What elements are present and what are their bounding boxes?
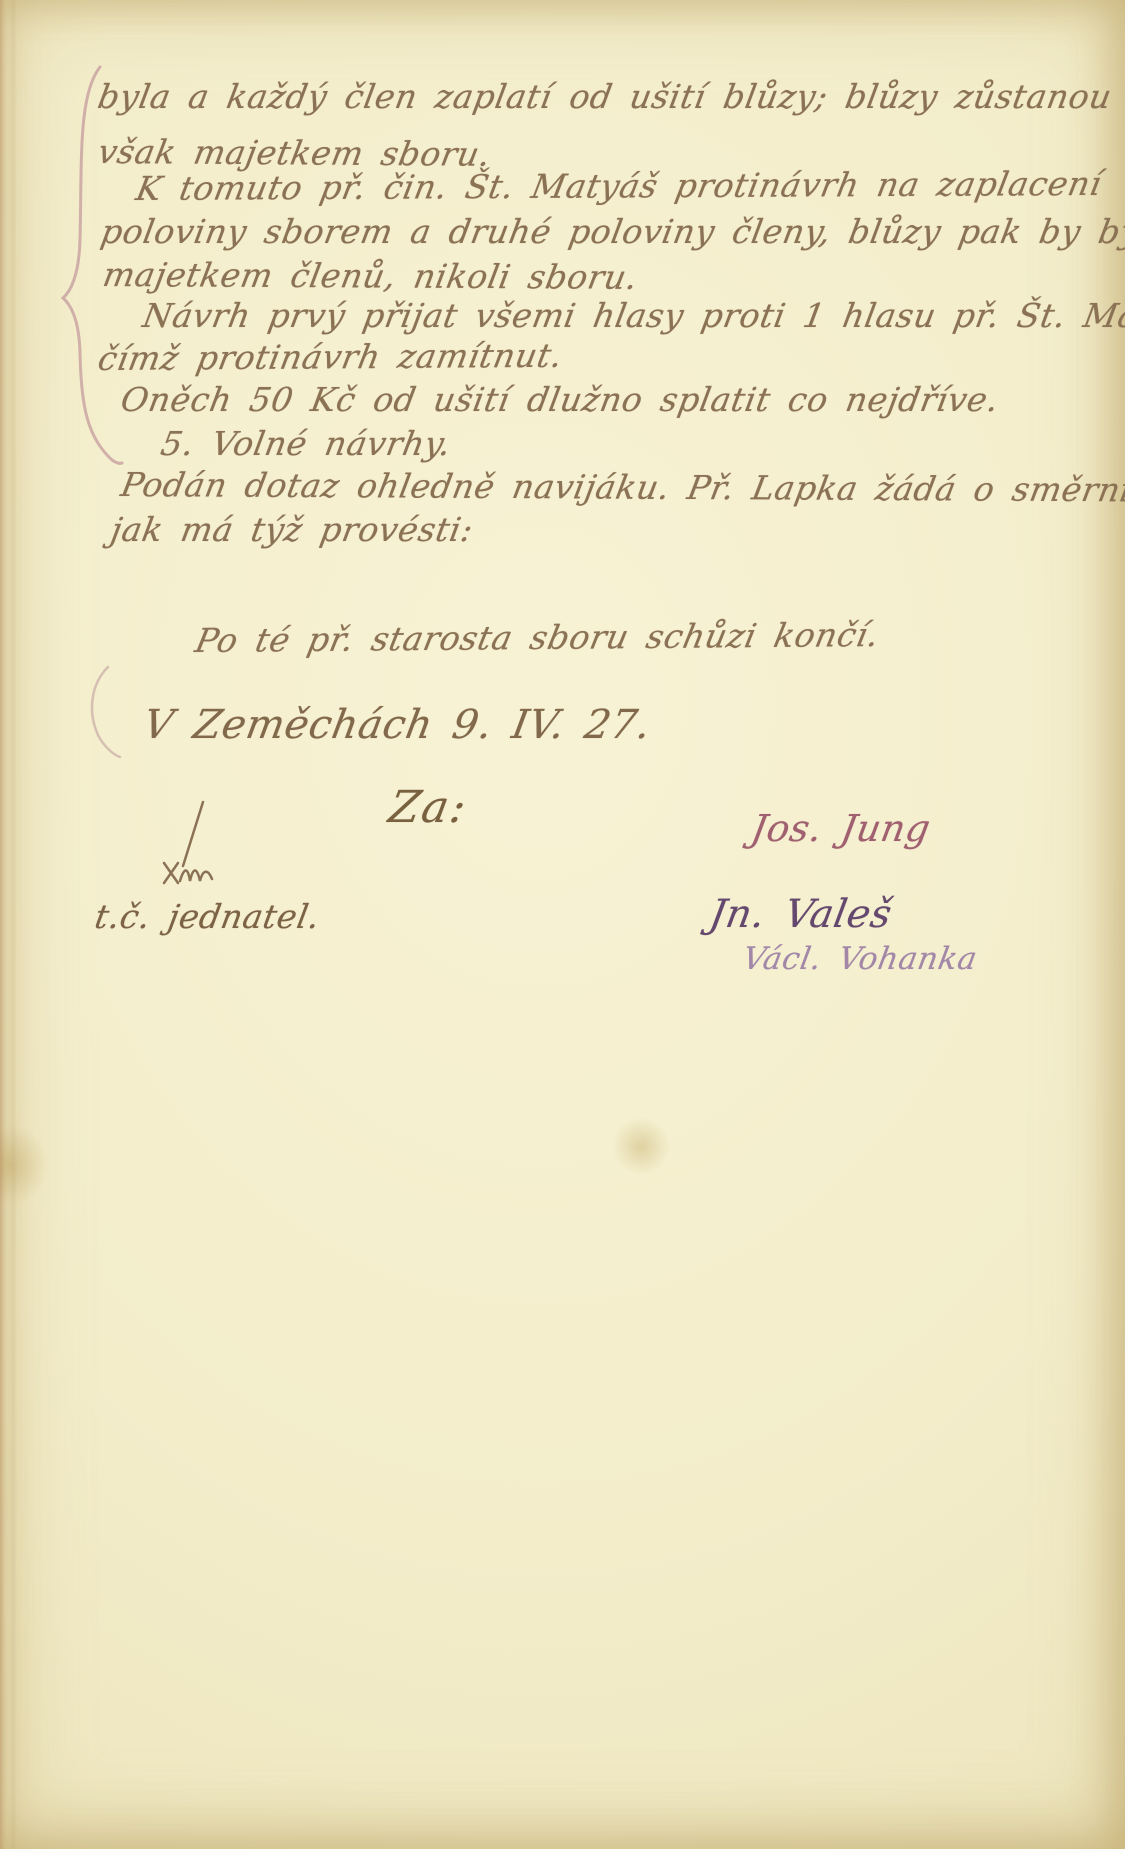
handwritten-line: čímž protinávrh zamítnut. — [95, 337, 566, 378]
signature-vales: Jn. Valeš — [706, 893, 895, 938]
handwritten-line: majetkem členů, nikoli sboru. — [100, 256, 641, 297]
closing-line: Po té př. starosta sboru schůzi končí. — [192, 616, 883, 660]
za-label: Za: — [385, 783, 472, 834]
handwritten-line: Návrh prvý přijat všemi hlasy proti 1 hl… — [140, 297, 1125, 335]
scanned-page: byla a každý člen zaplatí od ušití blůzy… — [0, 0, 1125, 1849]
signature-vohanka: Václ. Vohanka — [740, 942, 980, 978]
handwritten-line: Oněch 50 Kč od ušití dlužno splatit co n… — [118, 381, 1002, 419]
secretary-title: t.č. jednatel. — [92, 898, 323, 936]
handwritten-line: poloviny sborem a druhé poloviny členy, … — [98, 213, 1125, 251]
dateline: V Zeměchách 9. IV. 27. — [140, 702, 655, 748]
margin-pencil-mark — [80, 665, 140, 765]
handwritten-line: jak má týž provésti: — [108, 511, 476, 549]
handwritten-line: K tomuto př. čin. Št. Matyáš protinávrh … — [133, 165, 1105, 208]
signature-jos-jung: Jos. Jung — [748, 808, 934, 851]
handwritten-line: 5. Volné návrhy. — [158, 425, 454, 463]
handwritten-line: byla a každý člen zaplatí od ušití blůzy… — [95, 78, 1115, 116]
handwritten-line: Podán dotaz ohledně navijáku. Př. Lapka … — [118, 466, 1125, 509]
ink-scribble-initials — [160, 855, 220, 895]
